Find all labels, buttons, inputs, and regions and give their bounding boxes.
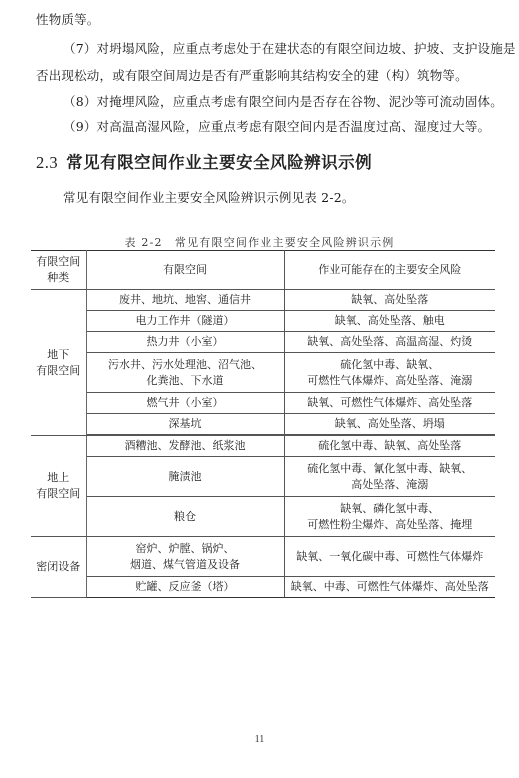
table-row: 腌渍池 硫化氢中毒、氰化氢中毒、缺氧、 高处坠落、淹溺: [31, 457, 495, 497]
document-page: 性物质等。 （7）对坍塌风险，应重点考虑处于在建状态的有限空间边坡、护坡、支护设…: [0, 0, 519, 778]
category-aboveground: 地上 有限空间: [31, 436, 86, 537]
table-row: 燃气井（小室） 缺氧、可燃性气体爆炸、高处坠落: [31, 393, 495, 414]
space-cell: 热力井（小室）: [86, 332, 284, 353]
header-category: 有限空间 种类: [31, 251, 86, 290]
risk-cell: 缺氧、一氧化碳中毒、可燃性气体爆炸: [284, 537, 495, 577]
space-cell: 电力工作井（隧道）: [86, 311, 284, 332]
space-cell: 窑炉、炉膛、锅炉、 烟道、煤气管道及设备: [86, 537, 284, 577]
space-cell: 贮罐、反应釜（塔）: [86, 577, 284, 598]
table-row: 深基坑 缺氧、高处坠落、坍塌: [31, 414, 495, 435]
header-risk: 作业可能存在的主要安全风险: [284, 251, 495, 290]
section-number: 2.3: [36, 153, 58, 172]
table-row: 热力井（小室） 缺氧、高处坠落、高温高湿、灼烫: [31, 332, 495, 353]
table-row: 地下 有限空间 废井、地坑、地窖、通信井 缺氧、高处坠落: [31, 290, 495, 311]
space-cell: 腌渍池: [86, 457, 284, 497]
risk-cell: 缺氧、高处坠落: [284, 290, 495, 311]
category-sealed-equipment: 密闭设备: [31, 537, 86, 598]
paragraph-continuation: 性物质等。: [36, 12, 486, 28]
paragraph-item-7-line1: （7）对坍塌风险，应重点考虑处于在建状态的有限空间边坡、护坡、支护设施是: [63, 41, 513, 57]
risk-cell: 缺氧、高处坠落、高温高湿、灼烫: [284, 332, 495, 353]
paragraph-item-8: （8）对掩埋风险，应重点考虑有限空间内是否存在谷物、泥沙等可流动固体。: [63, 94, 513, 110]
space-cell: 污水井、污水处理池、沼气池、 化粪池、下水道: [86, 353, 284, 393]
table-row: 污水井、污水处理池、沼气池、 化粪池、下水道 硫化氢中毒、缺氧、 可燃性气体爆炸…: [31, 353, 495, 393]
table-row: 密闭设备 窑炉、炉膛、锅炉、 烟道、煤气管道及设备 缺氧、一氧化碳中毒、可燃性气…: [31, 537, 495, 577]
table-row: 贮罐、反应釜（塔） 缺氧、中毒、可燃性气体爆炸、高处坠落: [31, 577, 495, 598]
table-row: 地上 有限空间 酒糟池、发酵池、纸浆池 硫化氢中毒、缺氧、高处坠落: [31, 436, 495, 457]
risk-table: 有限空间 种类 有限空间 作业可能存在的主要安全风险 地下 有限空间 废井、地坑…: [31, 250, 495, 598]
section-heading: 2.3常见有限空间作业主要安全风险辨识示例: [36, 149, 372, 173]
page-number: 11: [0, 734, 519, 745]
risk-cell: 硫化氢中毒、缺氧、高处坠落: [284, 436, 495, 457]
risk-cell: 缺氧、高处坠落、触电: [284, 311, 495, 332]
section-title: 常见有限空间作业主要安全风险辨识示例: [66, 153, 372, 172]
category-underground: 地下 有限空间: [31, 290, 86, 436]
section-intro: 常见有限空间作业主要安全风险辨识示例见表 2-2。: [63, 190, 513, 206]
paragraph-item-7-line2: 否出现松动，或有限空间周边是否有严重影响其结构安全的建（构）筑物等。: [36, 68, 486, 84]
table-row: 粮仓 缺氧、磷化氢中毒、 可燃性粉尘爆炸、高处坠落、掩埋: [31, 497, 495, 537]
paragraph-item-9: （9）对高温高湿风险，应重点考虑有限空间内是否温度过高、湿度过大等。: [63, 119, 513, 135]
table-header-row: 有限空间 种类 有限空间 作业可能存在的主要安全风险: [31, 251, 495, 290]
space-cell: 粮仓: [86, 497, 284, 537]
header-space: 有限空间: [86, 251, 284, 290]
risk-cell: 缺氧、中毒、可燃性气体爆炸、高处坠落: [284, 577, 495, 598]
risk-cell: 缺氧、高处坠落、坍塌: [284, 414, 495, 435]
table-caption: 表 2-2 常见有限空间作业主要安全风险辨识示例: [0, 234, 519, 250]
space-cell: 深基坑: [86, 414, 284, 435]
risk-cell: 硫化氢中毒、缺氧、 可燃性气体爆炸、高处坠落、淹溺: [284, 353, 495, 393]
space-cell: 废井、地坑、地窖、通信井: [86, 290, 284, 311]
space-cell: 酒糟池、发酵池、纸浆池: [86, 436, 284, 457]
risk-cell: 缺氧、磷化氢中毒、 可燃性粉尘爆炸、高处坠落、掩埋: [284, 497, 495, 537]
risk-cell: 硫化氢中毒、氰化氢中毒、缺氧、 高处坠落、淹溺: [284, 457, 495, 497]
space-cell: 燃气井（小室）: [86, 393, 284, 414]
table-row: 电力工作井（隧道） 缺氧、高处坠落、触电: [31, 311, 495, 332]
risk-cell: 缺氧、可燃性气体爆炸、高处坠落: [284, 393, 495, 414]
